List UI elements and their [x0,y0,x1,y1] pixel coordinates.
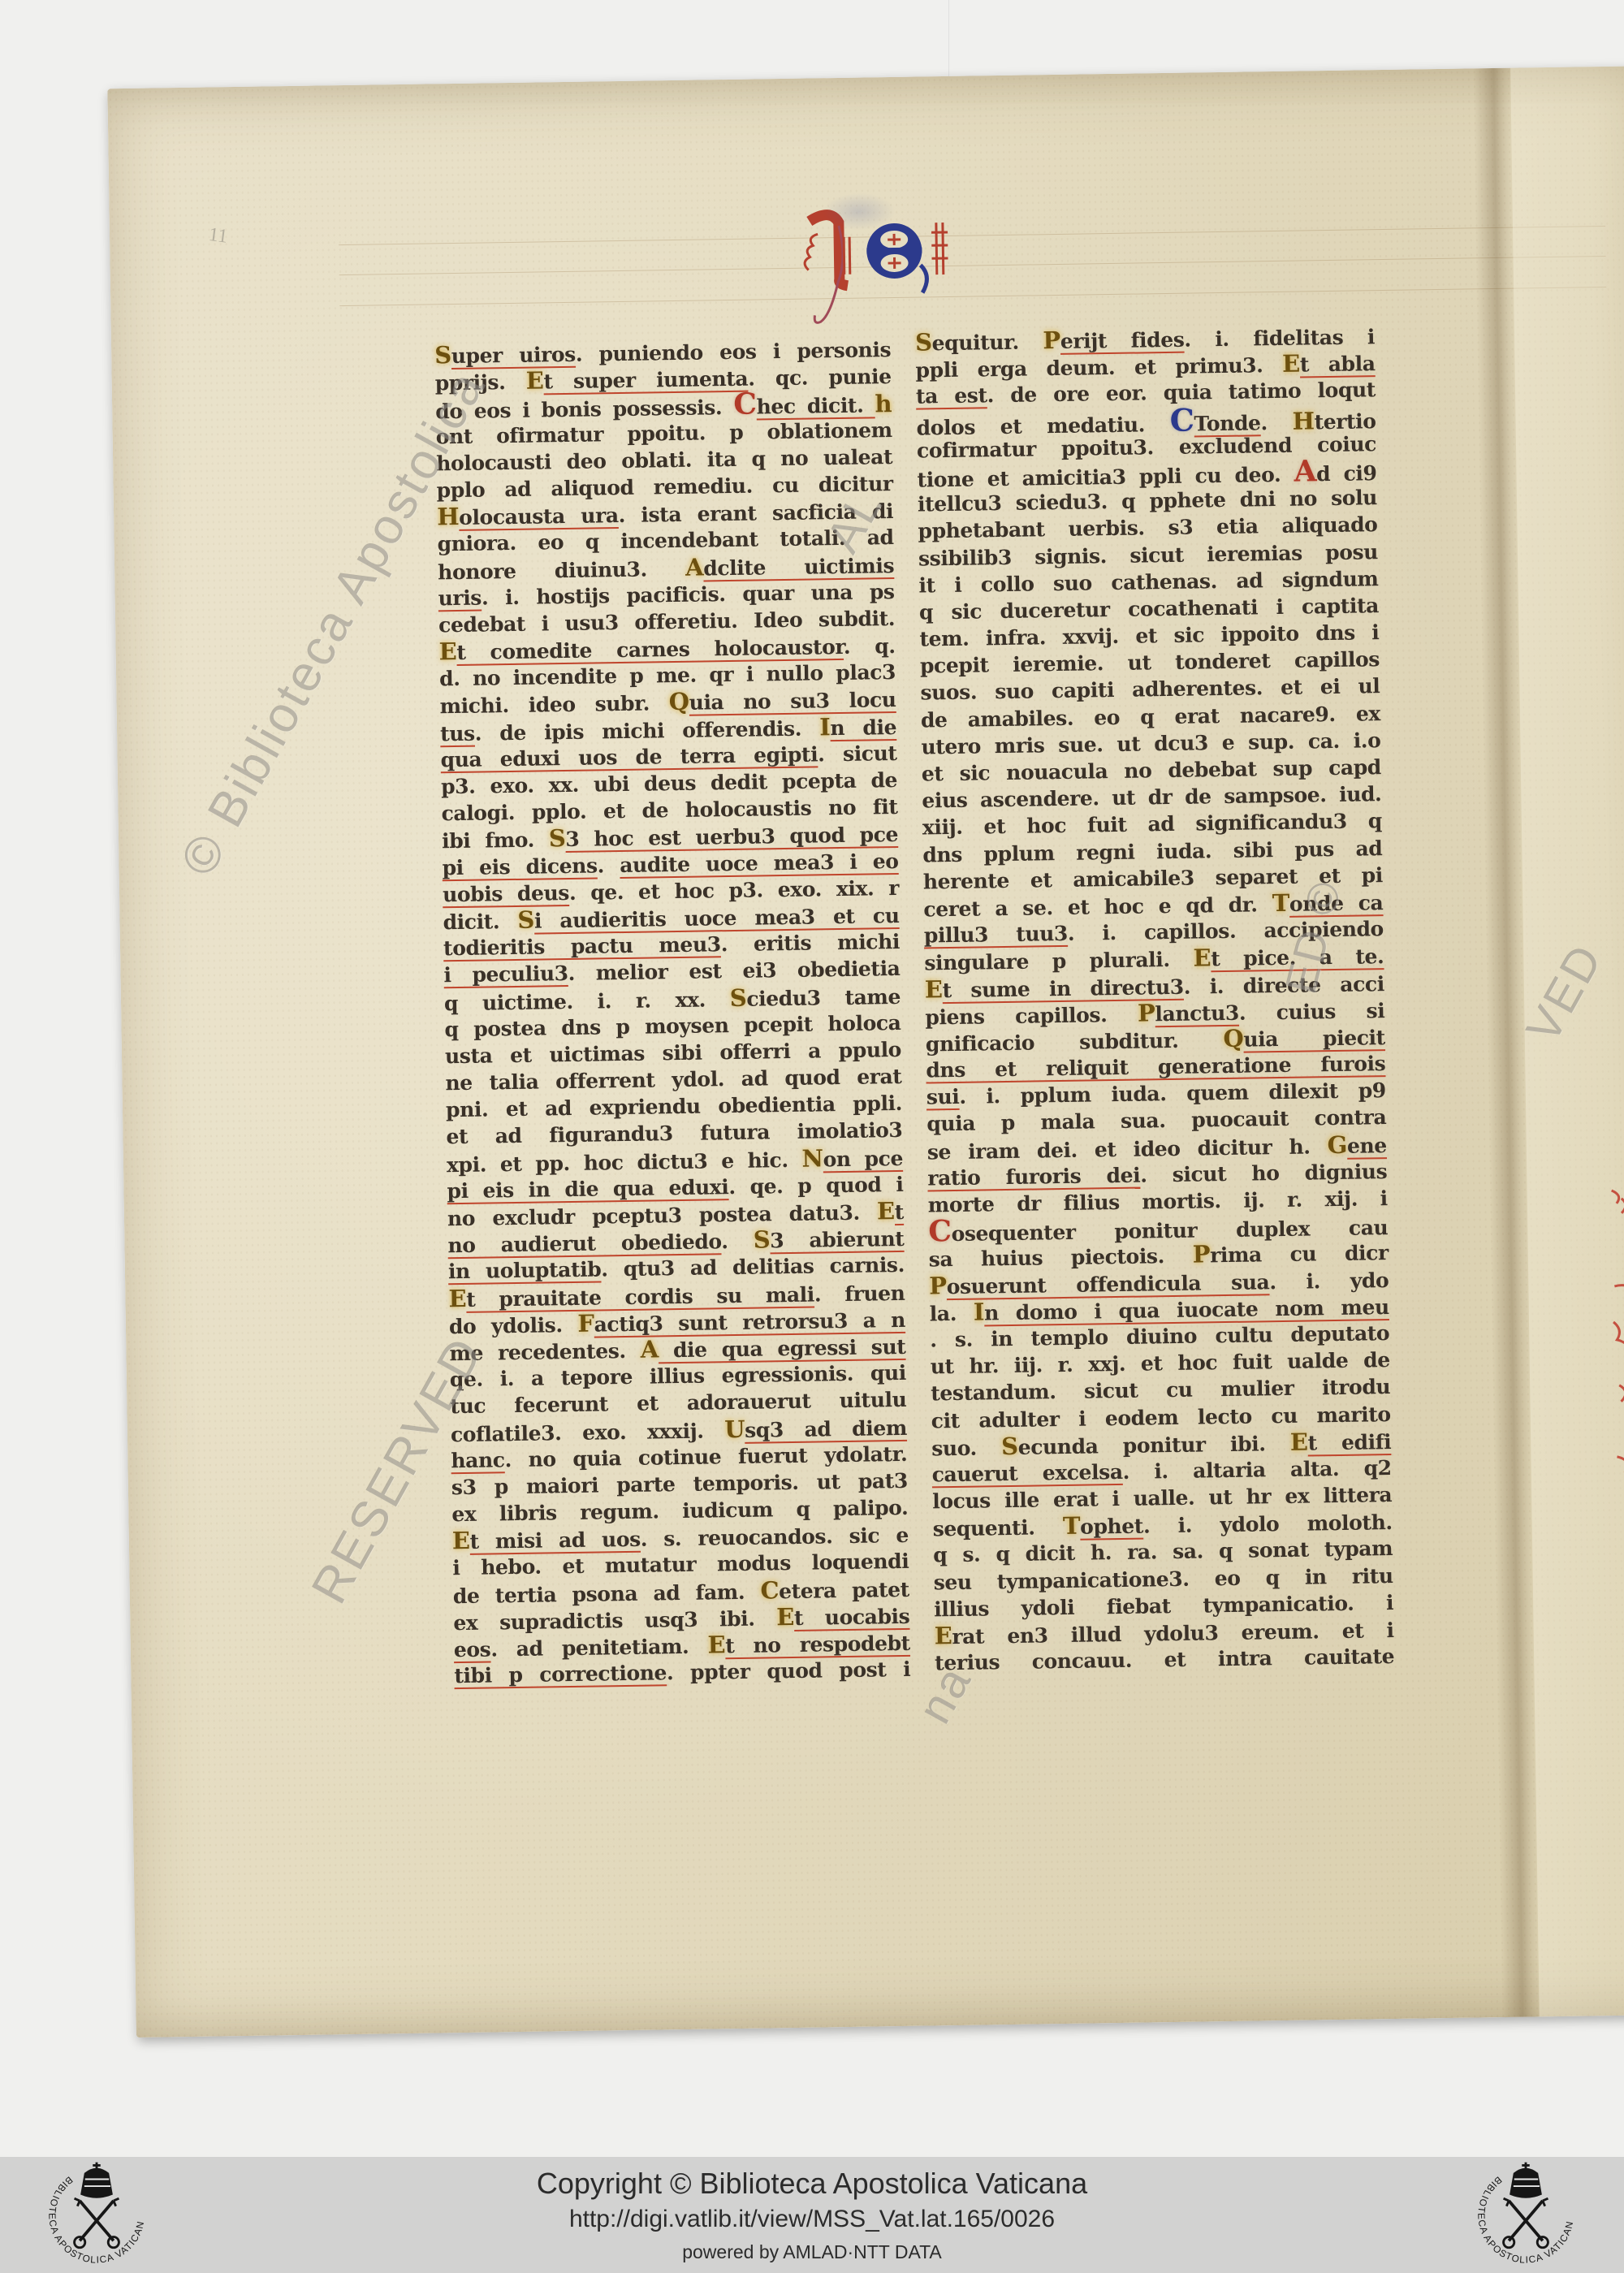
decorated-initial: A [685,553,704,581]
decorated-initial: G [1327,1130,1347,1158]
text-segment: lanctu3 [1155,1000,1239,1026]
text-segment: pi eis dicens [442,853,597,879]
text-segment: dclite uictimis [703,553,894,579]
text-segment: la. [930,1301,974,1325]
text-segment: uia piecit [1243,1026,1385,1052]
decorated-initial: T [1063,1512,1081,1540]
text-segment: ibi fmo. [442,828,549,853]
running-title-initials [797,199,986,331]
text-segment: terius concauu. et intra cauitate [935,1644,1394,1675]
decorated-initial: C [760,1576,779,1604]
text-segment: audite uoce mea3 i eo [620,849,899,877]
decorated-initial: P [929,1272,947,1299]
decorated-initial: P [1192,1241,1210,1268]
decorated-initial: E [1290,1428,1308,1455]
text-segment: ophet [1080,1515,1143,1539]
red-ink-mark [1609,1315,1624,1366]
text-segment: . i. hostijs pacificis. quar una ps [482,580,895,610]
text-segment: suo. [931,1436,1001,1460]
text-segment: . i. fidelitas i [1184,325,1375,351]
text-segment: . qc. punie [748,365,892,391]
text-segment: coflatile3. exo. xxxij. [451,1419,725,1446]
text-segment: pphetabant uerbis. s3 etia aliquado [918,512,1377,542]
decorated-initial: S [434,341,451,369]
text-segment: t uocabis [794,1605,910,1630]
backdrop-seam [948,0,949,77]
text-segment: xiij. et hoc fuit ad significandu3 q [922,809,1382,839]
text-segment: . ppter quod post i [667,1657,911,1684]
text-segment: die qua egressi sut [659,1335,906,1363]
text-segment: . sicut ho dignius [1140,1160,1387,1187]
text-segment: xpi. et pp. hoc dictu3 e hic. [447,1147,802,1176]
text-segment: de tertia psona ad fam. [453,1579,761,1608]
decorated-initial: E [877,1197,895,1225]
text-segment: t [895,1200,905,1224]
text-segment: q s. q dicit h. ra. sa. q sonat typam [933,1536,1393,1566]
text-segment: 3 hoc est uerbu3 quod pce [565,823,898,851]
text-segment: no audierut obediedo [447,1229,721,1257]
text-segment: honore diuinu3. [438,556,685,584]
text-segment: suos. suo capiti adherentes. et ei ul [920,675,1380,705]
text-segment: dicit. [443,910,517,934]
text-segment: tibi p correctione [454,1661,667,1687]
text-column-left: Super uiros. puniendo eos i personisppri… [434,335,911,1690]
decorated-initial: E [452,1527,470,1554]
text-segment: testandum. sicut cu mulier itrodu [931,1375,1390,1405]
text-segment: uris [438,586,482,610]
text-segment: . sicut [818,741,897,766]
text-segment: etera patet [779,1577,909,1602]
text-segment: in uoluptatib [448,1258,602,1284]
text-segment: ta est [916,384,987,408]
text-segment: erijt fides [1060,328,1185,353]
text-segment: . ad penitetiam. [490,1635,708,1662]
text-segment: hanc [451,1448,505,1472]
text-segment: rima cu dicr [1210,1241,1389,1267]
text-segment: sequenti. [933,1515,1064,1541]
text-segment: . fruen [814,1281,905,1306]
vatican-library-logo-left: BIBLIOTECA APOSTOLICA VATICANA [39,2158,154,2273]
manuscript-page: 11 [107,66,1624,2037]
decorated-initial: F [577,1309,594,1337]
text-segment: sui [926,1085,960,1109]
text-segment: d ci9 [1316,461,1377,486]
text-segment: uia no su3 locu [689,688,896,715]
text-segment: tus [440,721,475,745]
text-segment: . [1260,410,1293,434]
text-segment: ex supradictis usq3 ibi. [453,1606,776,1635]
text-segment: q uictime. i. r. xx. [444,987,730,1015]
decorated-initial: E [707,1631,725,1658]
decorated-initial: S [753,1226,770,1254]
text-segment: actiq3 sunt retrorsu3 a n [594,1308,905,1337]
crossed-keys-icon [75,2198,119,2248]
text-segment: i peculiu3 [443,961,568,987]
red-ink-mark [1613,1380,1624,1431]
text-segment: t prauitate cordis su mali [466,1282,814,1311]
decorated-initial: H [437,503,460,530]
text-segment: . i. pplum iuda. quem dilexit p9 [959,1078,1386,1108]
decorated-initial: A [640,1335,659,1363]
text-segment: t sume in directu3 [942,974,1184,1001]
text-segment: cauerut excelsa [932,1460,1123,1486]
text-segment: . [721,1229,754,1254]
decorated-initial: E [525,367,543,395]
text-segment: t abla [1300,352,1376,376]
text-segment: osuerunt offendicula sua [947,1270,1270,1299]
crossed-keys-icon [1504,2198,1548,2248]
decorated-initial: Q [669,688,689,715]
decorated-initial: N [801,1144,823,1172]
decorated-initial: E [448,1284,466,1312]
text-segment: t edifi [1307,1430,1391,1455]
red-ink-mark [1605,1186,1624,1238]
text-segment: singulare p plurali. [924,948,1194,975]
footer-url-text: http://digi.vatlib.it/view/MSS_Vat.lat.1… [0,2206,1624,2233]
text-segment: qua eduxi uos de terra egipti [440,742,818,771]
text-segment: . s. reuocandos. sic e [641,1523,909,1551]
text-segment: pprijs. [435,370,526,395]
text-segment: . [597,853,620,877]
text-segment: . de ipis michi offerendis. [475,716,820,745]
decorated-initial: S [915,328,932,356]
text-segment: sq3 ad diem [745,1415,907,1441]
manuscript-line: terius concauu. et intra cauitate [935,1643,1394,1677]
decorated-initial: h [875,390,892,417]
text-segment: t super iumenta [543,367,748,394]
decorated-initial: E [1193,944,1211,972]
text-segment: equitur. [931,330,1043,355]
text-segment: do ydolis. [449,1313,578,1338]
text-segment: on pce [823,1147,903,1171]
copyright-footer-bar: Copyright © Biblioteca Apostolica Vatica… [0,2157,1624,2273]
text-segment: pillu3 tuu3 [924,922,1068,948]
decorated-initial: S [549,824,566,852]
text-column-right: Sequitur. Perijt fides. i. fidelitas ipp… [915,322,1395,1677]
text-segment: quia p mala sua. puocauit contra [926,1106,1386,1136]
text-segment: . qe. et hoc p3. exo. xix. r [569,876,899,905]
text-segment: ene [1347,1134,1387,1158]
papal-tiara-icon [1510,2163,1542,2198]
decorated-initial: A [1294,454,1316,488]
footer-powered-text: powered by AMLAD·NTT DATA [0,2241,1624,2263]
text-segment: t misi ad uos [469,1528,641,1554]
text-segment: . no quia cotinue fuerut ydolatr. [504,1442,907,1471]
text-segment: i hebo. et mutatur modus loquendi [452,1549,909,1579]
text-segment: . q. [844,634,896,659]
manuscript-line: tibi p correctione. ppter quod post i [454,1656,910,1690]
text-segment: todieritis pactu meu3 [443,932,721,960]
decorated-initial: I [974,1298,985,1325]
text-segment: . i. ydolo moloth. [1143,1510,1393,1538]
decorated-initial: S [730,983,747,1011]
text-segment: n die [830,715,896,740]
text-segment: ciedu3 tame [746,984,901,1010]
decorated-initial: I [819,713,831,741]
decorated-initial: S [1001,1433,1018,1460]
text-segment: et ad figurandu3 futura imolatio3 [446,1118,902,1148]
text-segment: . eritis michi [721,930,901,956]
decorated-initial: T [1272,889,1289,917]
text-segment: . i. directe acci [1184,972,1385,999]
text-segment: uper uiros [451,343,576,368]
text-segment: olocausta ura [459,503,619,529]
text-segment: . i. altaria alta. q2 [1122,1456,1391,1484]
decorated-initial: U [724,1415,745,1442]
decorated-initial: H [1292,407,1315,434]
text-segment: ceret a se. et hoc e qd dr. [923,892,1272,921]
text-segment: . qtu3 ad delitias carnis. [601,1253,905,1281]
text-segment: sa huius piectois. [929,1244,1193,1272]
text-segment: ratio furoris dei [927,1163,1140,1190]
text-segment: onde ca [1289,891,1384,916]
decorated-initial: P [1138,999,1155,1026]
text-segment: . melior est ei3 obedietia [568,957,900,985]
text-segment: eos [454,1638,491,1662]
decorated-initial: E [925,975,943,1003]
vatican-library-logo-right: BIBLIOTECA APOSTOLICA VATICANA [1468,2158,1583,2273]
text-segment: gniora. eo q incendebant totali. ad [437,525,893,555]
decorated-initial: E [1282,350,1300,378]
text-segment: . ista erant sacficia di [618,499,893,527]
decorated-initial: Q [1223,1025,1243,1052]
text-segment: uobis deus [443,881,569,906]
text-segment: pi eis in die qua eduxi [447,1175,728,1203]
decorated-initial: E [438,637,456,665]
text-segment: gnificacio subditur. [926,1028,1224,1056]
text-segment: . i. ydo [1269,1268,1389,1294]
text-segment: michi. ideo subr. [439,692,669,719]
text-segment: ecunda ponitur ibi. [1017,1432,1290,1459]
text-segment: hec dicit. [756,394,875,419]
decorated-initial: C [733,387,757,421]
text-segment: piens capillos. [925,1002,1138,1029]
text-segment: me recedentes. [449,1339,641,1365]
decorated-initial: P [1043,326,1060,354]
decorated-initial: C [928,1214,952,1248]
text-segment: . puniendo eos i personis [576,338,892,366]
decorated-initial: E [776,1603,794,1631]
red-ink-mark [1612,1451,1624,1502]
decorated-initial: S [517,906,534,934]
folio-number-pencil: 11 [207,224,228,248]
text-segment: . qe. p quod i [728,1173,903,1199]
decorated-initial: E [934,1622,952,1649]
text-segment: . i. capillos. accipiendo [1068,917,1384,945]
text-segment: . cuius si [1239,999,1385,1025]
footer-copyright-text: Copyright © Biblioteca Apostolica Vatica… [0,2167,1624,2201]
text-segment: t pice. a te. [1211,944,1384,970]
text-segment: t no respodebt [725,1631,910,1657]
text-segment: 3 abierunt [770,1227,905,1252]
papal-tiara-icon [80,2163,113,2198]
text-segment: tuc fecerunt et adorauerut uitulu [450,1388,906,1418]
